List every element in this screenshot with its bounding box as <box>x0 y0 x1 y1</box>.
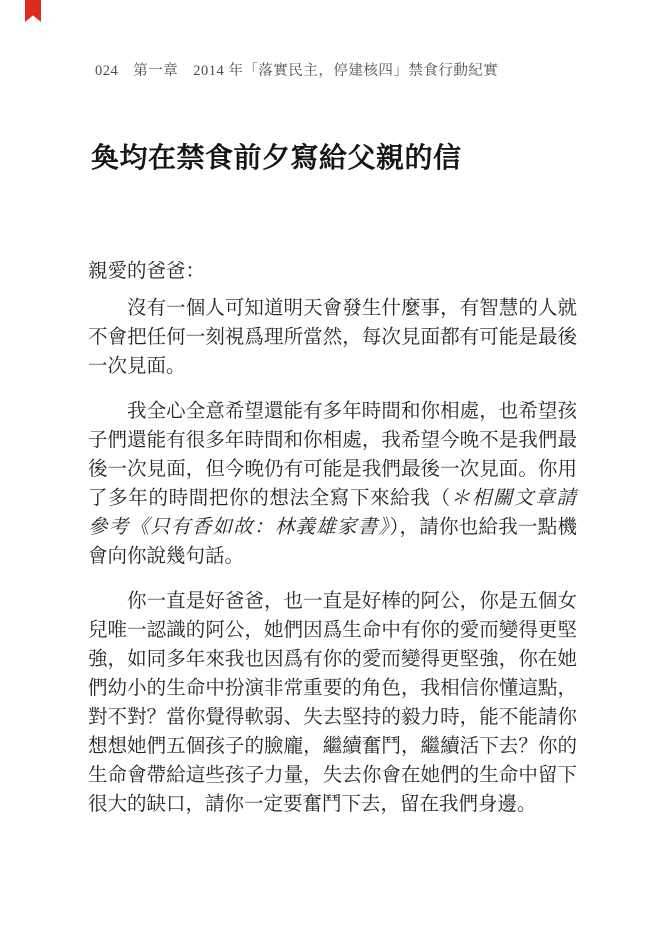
letter-paragraph-1: 沒有一個人可知道明天會發生什麼事，有智慧的人就不會把任何一刻視爲理所當然，每次見… <box>88 294 577 381</box>
running-header: 024 第一章 2014 年「落實民主，停建核四」禁食行動紀實 <box>95 59 498 80</box>
letter-body: 親愛的爸爸： 沒有一個人可知道明天會發生什麼事，有智慧的人就不會把任何一刻視爲理… <box>88 257 577 835</box>
letter-salutation: 親愛的爸爸： <box>88 257 577 286</box>
section-title: 奐均在禁食前夕寫給父親的信 <box>91 136 462 176</box>
book-page: 024 第一章 2014 年「落實民主，停建核四」禁食行動紀實 奐均在禁食前夕寫… <box>0 0 663 932</box>
bookmark-icon <box>25 0 41 22</box>
letter-paragraph-3: 你一直是好爸爸，也一直是好棒的阿公，你是五個女兒唯一認識的阿公，她們因爲生命中有… <box>88 587 577 819</box>
letter-paragraph-2: 我全心全意希望還能有多年時間和你相處，也希望孩子們還能有很多年時間和你相處，我希… <box>88 397 577 571</box>
